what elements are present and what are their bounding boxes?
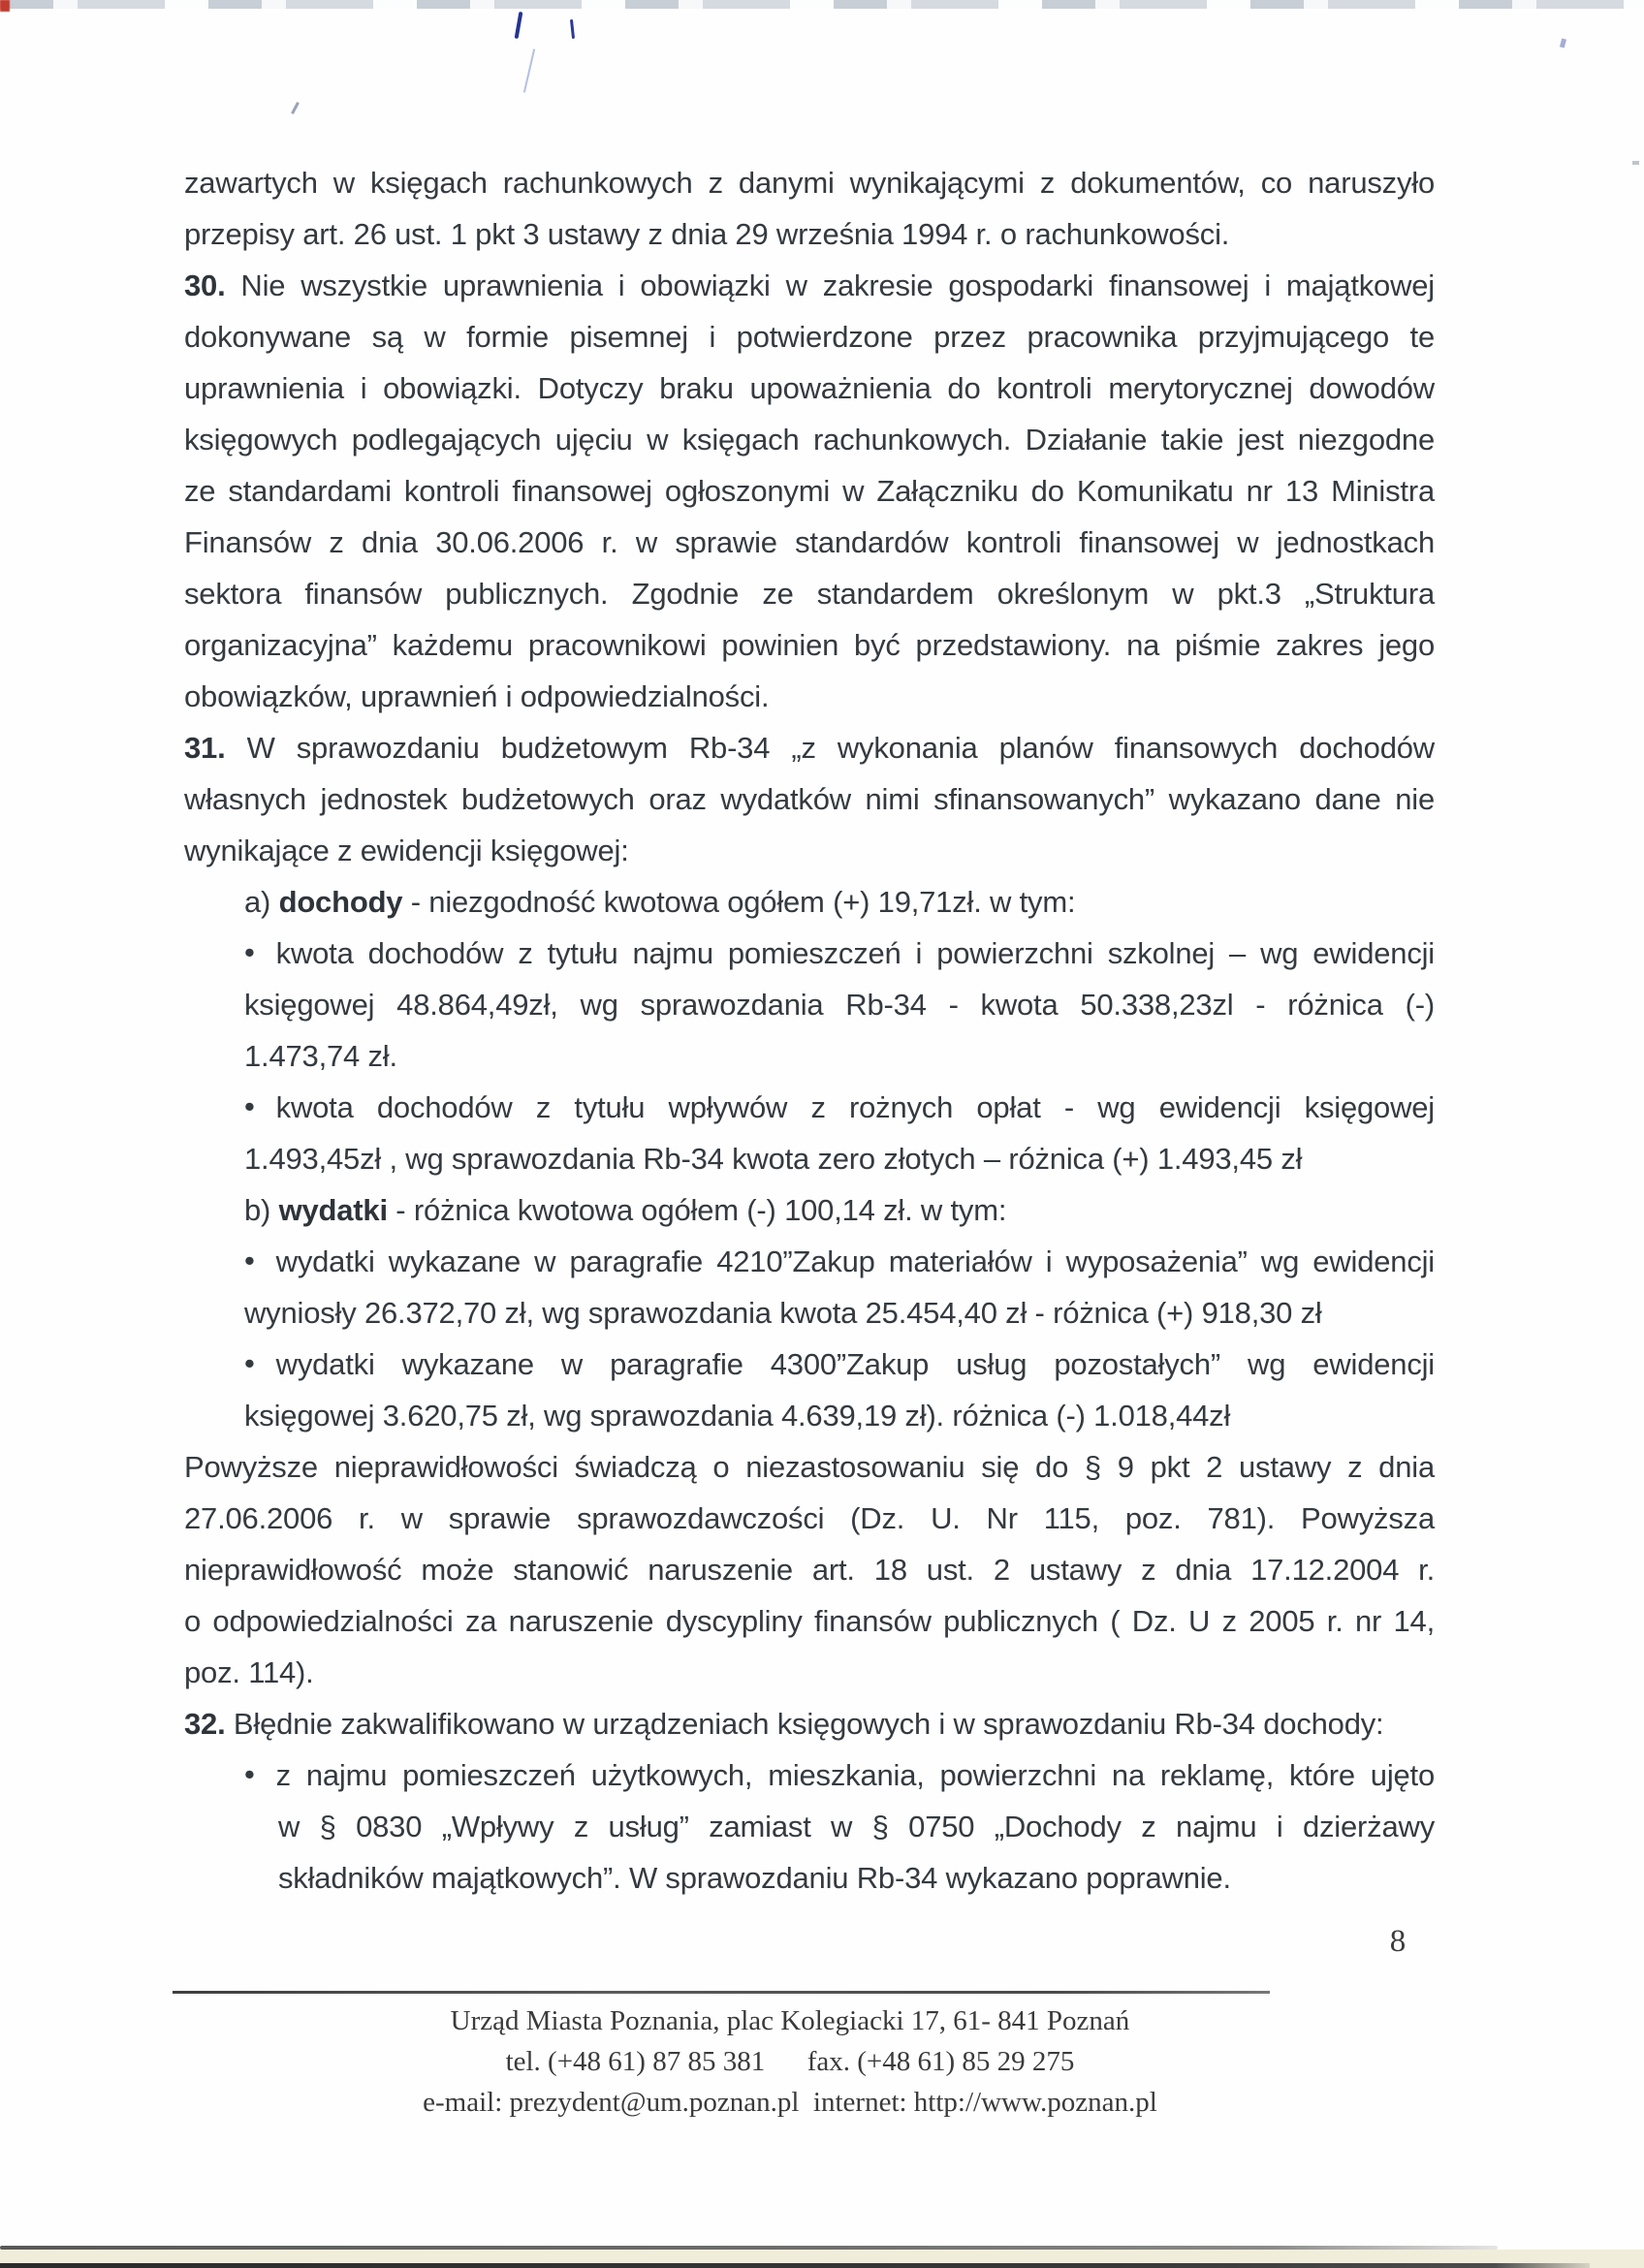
text-line: a) dochody - niezgodność kwotowa ogółem … xyxy=(184,876,1435,928)
text-segment: wyniosły 26.372,70 zł, wg sprawozdania k… xyxy=(244,1296,1322,1330)
text-line: 30. Nie wszystkie uprawnienia i obowiązk… xyxy=(184,260,1435,311)
text-line: w § 0830 „Wpływy z usług” zamiast w § 07… xyxy=(184,1801,1435,1852)
scan-speck xyxy=(1632,161,1639,165)
text-segment: 27.06.2006 r. w sprawie sprawozdawczości… xyxy=(184,1501,1435,1535)
text-line: •z najmu pomieszczeń użytkowych, mieszka… xyxy=(184,1749,1435,1801)
text-segment: uprawnienia i obowiązki. Dotyczy braku u… xyxy=(184,371,1435,405)
text-segment: w § 0830 „Wpływy z usług” zamiast w § 07… xyxy=(278,1810,1435,1843)
bullet-icon: • xyxy=(244,1235,255,1286)
text-segment: zawartych w księgach rachunkowych z dany… xyxy=(184,166,1435,200)
text-line: Finansów z dnia 30.06.2006 r. w sprawie … xyxy=(184,517,1435,568)
text-line: wyniosły 26.372,70 zł, wg sprawozdania k… xyxy=(184,1287,1435,1339)
text-line: 32. Błędnie zakwalifikowano w urządzenia… xyxy=(184,1698,1435,1749)
text-line: sektora finansów publicznych. Zgodnie ze… xyxy=(184,568,1435,619)
text-line: •kwota dochodów z tytułu najmu pomieszcz… xyxy=(184,928,1435,979)
text-segment: Błędnie zakwalifikowano w urządzeniach k… xyxy=(226,1707,1384,1741)
text-line: zawartych w księgach rachunkowych z dany… xyxy=(184,157,1435,208)
text-segment: przepisy art. 26 ust. 1 pkt 3 ustawy z d… xyxy=(184,217,1229,251)
text-line: •kwota dochodów z tytułu wpływów z rożny… xyxy=(184,1082,1435,1133)
footer-email-internet: e-mail: prezydent@um.poznan.pl internet:… xyxy=(271,2082,1309,2123)
text-line: obowiązków, uprawnień i odpowiedzialnośc… xyxy=(184,671,1435,722)
bullet-icon: • xyxy=(244,927,255,978)
text-line: o odpowiedzialności za naruszenie dyscyp… xyxy=(184,1595,1435,1647)
text-segment: nieprawidłowość może stanowić naruszenie… xyxy=(184,1553,1435,1587)
text-segment: księgowej 48.864,49zł, wg sprawozdania R… xyxy=(244,988,1435,1022)
text-segment: 1.493,45zł , wg sprawozdania Rb-34 kwota… xyxy=(244,1142,1302,1176)
text-line: wynikające z ewidencji księgowej: xyxy=(184,825,1435,876)
footer-address: Urząd Miasta Poznania, plac Kolegiacki 1… xyxy=(271,2000,1309,2041)
scan-noise-top-band xyxy=(0,0,1644,9)
text-segment: - niezgodność kwotowa ogółem (+) 19,71zł… xyxy=(402,885,1075,919)
text-segment: dokonywane są w formie pisemnej i potwie… xyxy=(184,320,1435,354)
text-line: Powyższe nieprawidłowości świadczą o nie… xyxy=(184,1441,1435,1493)
text-line: ze standardami kontroli finansowej ogłos… xyxy=(184,465,1435,517)
text-line: •wydatki wykazane w paragrafie 4210”Zaku… xyxy=(184,1236,1435,1287)
text-line: 1.493,45zł , wg sprawozdania Rb-34 kwota… xyxy=(184,1133,1435,1184)
text-segment-bold: 30. xyxy=(184,268,226,302)
text-line: przepisy art. 26 ust. 1 pkt 3 ustawy z d… xyxy=(184,208,1435,260)
text-segment: ze standardami kontroli finansowej ogłos… xyxy=(184,474,1435,508)
text-segment: W sprawozdaniu budżetowym Rb-34 „z wykon… xyxy=(226,731,1436,765)
text-segment: Finansów z dnia 30.06.2006 r. w sprawie … xyxy=(184,525,1435,559)
text-segment: księgowej 3.620,75 zł, wg sprawozdania 4… xyxy=(244,1399,1230,1433)
text-line: uprawnienia i obowiązki. Dotyczy braku u… xyxy=(184,362,1435,414)
text-segment: z najmu pomieszczeń użytkowych, mieszkan… xyxy=(276,1758,1435,1792)
body-text: zawartych w księgach rachunkowych z dany… xyxy=(184,157,1435,1904)
scan-artifact-red-corner xyxy=(0,0,10,12)
text-segment: obowiązków, uprawnień i odpowiedzialnośc… xyxy=(184,679,769,713)
text-segment: a) xyxy=(244,885,279,919)
text-segment: b) xyxy=(244,1193,279,1227)
text-line: księgowych podlegających ujęciu w księga… xyxy=(184,414,1435,465)
text-segment: sektora finansów publicznych. Zgodnie ze… xyxy=(184,577,1435,611)
text-segment: księgowych podlegających ujęciu w księga… xyxy=(184,423,1435,457)
footer: Urząd Miasta Poznania, plac Kolegiacki 1… xyxy=(271,2000,1309,2123)
text-segment: 1.473,74 zł. xyxy=(244,1039,397,1073)
document-page: { "page": { "number": "8", "background_c… xyxy=(0,0,1644,2268)
text-line: księgowej 48.864,49zł, wg sprawozdania R… xyxy=(184,979,1435,1030)
text-segment-bold: dochody xyxy=(279,885,403,919)
text-line: własnych jednostek budżetowych oraz wyda… xyxy=(184,773,1435,825)
text-segment: Powyższe nieprawidłowości świadczą o nie… xyxy=(184,1450,1435,1484)
text-segment: wydatki wykazane w paragrafie 4210”Zakup… xyxy=(276,1244,1435,1278)
text-segment-bold: 31. xyxy=(184,731,226,765)
text-line: 31. W sprawozdaniu budżetowym Rb-34 „z w… xyxy=(184,722,1435,773)
text-segment-bold: wydatki xyxy=(279,1193,388,1227)
text-line: składników majątkowych”. W sprawozdaniu … xyxy=(184,1852,1435,1904)
text-line: 1.473,74 zł. xyxy=(184,1030,1435,1082)
text-line: dokonywane są w formie pisemnej i potwie… xyxy=(184,311,1435,362)
text-segment: poz. 114). xyxy=(184,1655,314,1689)
pen-mark xyxy=(291,102,300,114)
text-segment-bold: 32. xyxy=(184,1707,226,1741)
text-segment: kwota dochodów z tytułu wpływów z rożnyc… xyxy=(276,1090,1435,1124)
scan-edge-black-line xyxy=(0,2263,1590,2268)
bullet-icon: • xyxy=(244,1748,255,1800)
text-segment: o odpowiedzialności za naruszenie dyscyp… xyxy=(184,1604,1435,1638)
text-segment: własnych jednostek budżetowych oraz wyda… xyxy=(184,782,1435,816)
pen-mark xyxy=(523,48,535,92)
text-line: organizacyjna” każdemu pracownikowi powi… xyxy=(184,619,1435,671)
scan-speck xyxy=(1560,39,1566,48)
text-segment: kwota dochodów z tytułu najmu pomieszcze… xyxy=(276,936,1435,970)
footer-rule xyxy=(173,1991,1270,1994)
pen-mark xyxy=(570,19,575,39)
text-line: b) wydatki - różnica kwotowa ogółem (-) … xyxy=(184,1184,1435,1236)
page-number: 8 xyxy=(1369,1924,1427,1960)
text-segment: składników majątkowych”. W sprawozdaniu … xyxy=(278,1861,1231,1895)
text-line: 27.06.2006 r. w sprawie sprawozdawczości… xyxy=(184,1493,1435,1544)
text-segment: Nie wszystkie uprawnienia i obowiązki w … xyxy=(226,268,1436,302)
text-segment: wydatki wykazane w paragrafie 4300”Zakup… xyxy=(276,1347,1435,1381)
text-line: nieprawidłowość może stanowić naruszenie… xyxy=(184,1544,1435,1595)
pen-mark xyxy=(515,12,523,39)
text-line: poz. 114). xyxy=(184,1647,1435,1698)
text-segment: - różnica kwotowa ogółem (-) 100,14 zł. … xyxy=(388,1193,1006,1227)
text-line: księgowej 3.620,75 zł, wg sprawozdania 4… xyxy=(184,1390,1435,1441)
text-segment: organizacyjna” każdemu pracownikowi powi… xyxy=(184,628,1435,662)
bullet-icon: • xyxy=(244,1338,255,1389)
text-segment: wynikające z ewidencji księgowej: xyxy=(184,834,629,867)
footer-phone-fax: tel. (+48 61) 87 85 381 fax. (+48 61) 85… xyxy=(271,2041,1309,2082)
text-line: •wydatki wykazane w paragrafie 4300”Zaku… xyxy=(184,1339,1435,1390)
bullet-icon: • xyxy=(244,1081,255,1132)
